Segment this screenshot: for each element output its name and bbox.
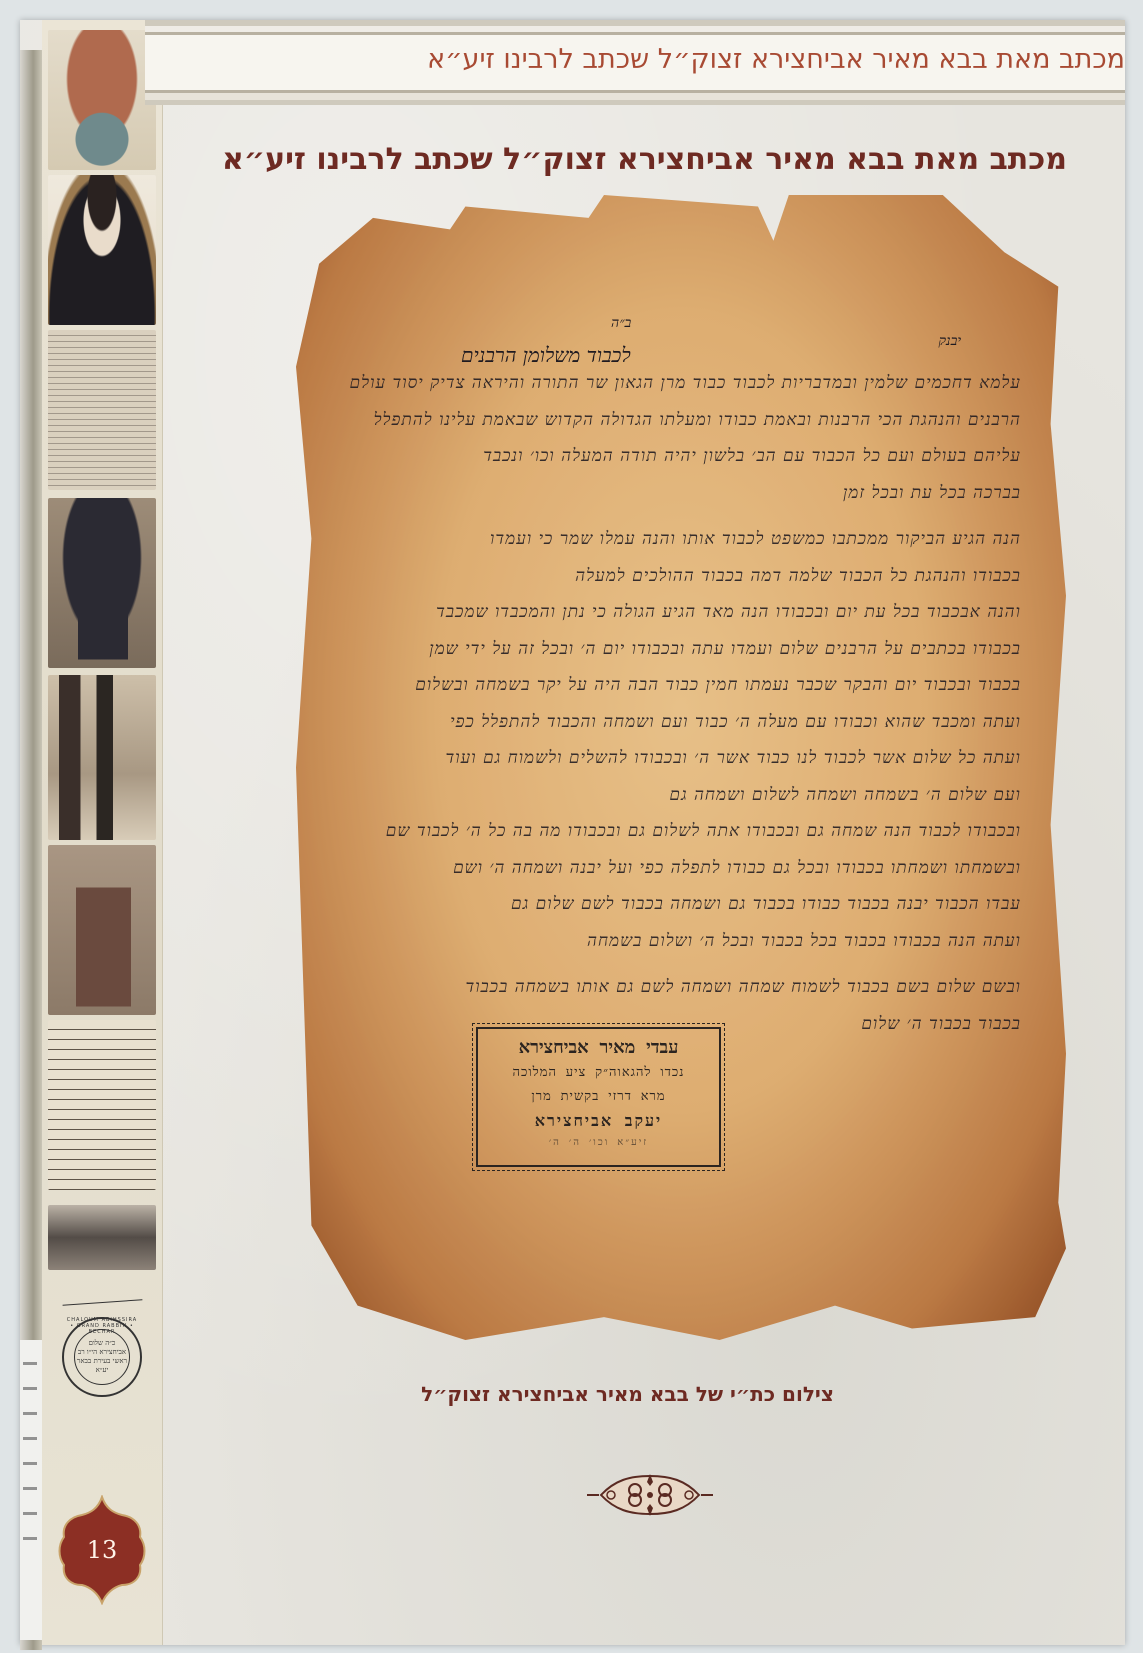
sidebar-arch-image xyxy=(48,30,156,170)
stamp-line: זיע״א וכו׳ ה׳ ה׳ xyxy=(482,1133,715,1153)
letter-line: עבדו הכבוד יבנה בכבוד כבודו בכבוד גם ושמ… xyxy=(341,886,1021,923)
letter-line: ובשם שלום בשם בכבוד לשמוח שמחה ושמחה לשם… xyxy=(341,969,1021,1006)
page-title: מכתב מאת בבא מאיר אביחצירא זצוק״ל שכתב ל… xyxy=(222,142,1067,177)
letter-line: בכבודו בכתבים על הרבנים שלום ועמדו עתה ו… xyxy=(341,631,1021,668)
letter-line: בכבוד ובכבוד יום והבקר שכבר נעמתו חמין כ… xyxy=(341,667,1021,704)
seal-ring-text: CHALOUM ABIHSSIRA • GRAND RABBIN • BECHA… xyxy=(64,1317,140,1335)
stamp-line: עבדי מאיר אביחצירא xyxy=(482,1035,715,1061)
letter-line: ובכבודו לכבוד הנה שמחה גם ובכבודו אתה לש… xyxy=(341,813,1021,850)
page-number-badge: 13 xyxy=(56,1495,148,1605)
letter-line: עלמא דחכמים שלמין ובמדבריות לכבוד כבוד מ… xyxy=(341,365,1021,402)
sidebar-doorway-image xyxy=(48,498,156,668)
letter-line: והנה אבכבוד בכל עת יום ובכבודו הנה מאד ה… xyxy=(341,594,1021,631)
sidebar-document-image xyxy=(48,330,156,490)
handwritten-letter-text: ב״ה יבנק לכבוד משלומן הרבנים עלמא דחכמים… xyxy=(341,315,1021,1042)
letter-line: ועתה כל שלום אשר לכבוד לנו כבוד אשר ה׳ ו… xyxy=(341,740,1021,777)
letter-line: בכבודו והנהגת כל הכבוד שלמה דמה בכבוד הה… xyxy=(341,558,1021,595)
banner-title: מכתב מאת בבא מאיר אביחצירא זצוק״ל שכתב ל… xyxy=(427,44,1125,75)
letter-place-mark: יבנק xyxy=(939,333,961,350)
letter-line: ועתה הנה בכבודו בכבוד בכל בכבוד ובכל ה׳ … xyxy=(341,923,1021,960)
letter-bh-mark: ב״ה xyxy=(611,315,631,332)
letter-line: עליהם בעולם ועם כל הכבוד עם הב׳ בלשון יה… xyxy=(341,438,1021,475)
rabbi-stamp: עבדי מאיר אביחצירא נכדו להגאוה״ק ציע המל… xyxy=(476,1027,721,1167)
sidebar-gate-image xyxy=(48,845,156,1015)
letter-line: ועם שלום ה׳ בשמחה ושמחה לשלום ושמחה גם xyxy=(341,777,1021,814)
letter-line: ועתה ומכבד שהוא וכבודו עם מעלה ה׳ כבוד ו… xyxy=(341,704,1021,741)
letter-line: בברכה בכל עת ובכל זמן xyxy=(341,475,1021,512)
seal-center-text: כ״ה שלום אביחצירא הי״ו רב ראשי בעירת בבא… xyxy=(74,1329,130,1385)
stamp-line: מרא דרזי בקשית מרן xyxy=(482,1085,715,1109)
letter-line: הנה הגיע הביקור ממכתבו כמשפט לכבוד אותו … xyxy=(341,521,1021,558)
parchment-letter: ב״ה יבנק לכבוד משלומן הרבנים עלמא דחכמים… xyxy=(296,195,1066,1340)
sidebar-street-photo xyxy=(48,1205,156,1270)
sidebar-manuscript-image xyxy=(48,1020,156,1190)
image-caption: צילום כת״י של בבא מאיר אביחצירא זצוק״ל xyxy=(20,1382,1125,1406)
sidebar-group-photo xyxy=(48,675,156,840)
stamp-line: יעקב אביחצירא xyxy=(482,1109,715,1133)
sidebar-portrait-image xyxy=(48,175,156,325)
stamp-line: נכדו להגאוה״ק ציע המלוכה xyxy=(482,1061,715,1085)
header-banner: מכתב מאת בבא מאיר אביחצירא זצוק״ל שכתב ל… xyxy=(145,20,1125,105)
letter-line: ובשמחתו ושמחתו בכבודו ובכל גם כבודו לתפל… xyxy=(341,850,1021,887)
book-page: CHALOUM ABIHSSIRA • GRAND RABBIN • BECHA… xyxy=(20,20,1125,1645)
letter-line: הרבנים והנהגת הכי הרבנות ובאמת כבודו ומע… xyxy=(341,402,1021,439)
page-number: 13 xyxy=(87,1536,118,1564)
decorative-ornament-icon xyxy=(585,1472,715,1518)
signature-mark xyxy=(62,1285,143,1306)
